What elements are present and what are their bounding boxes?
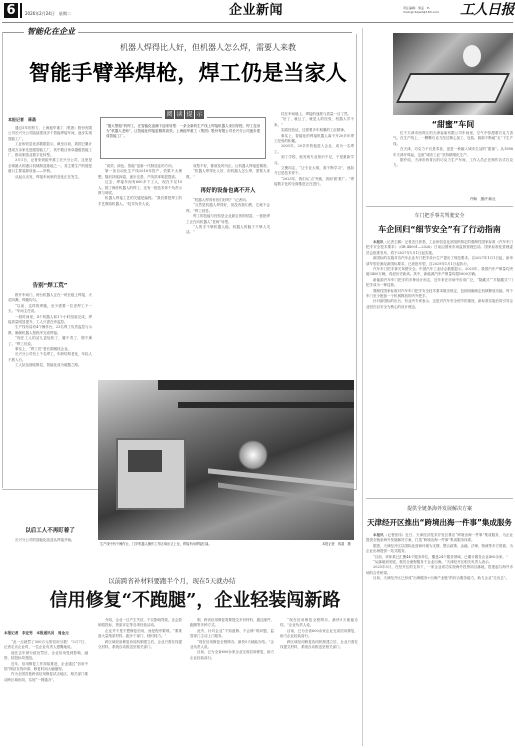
paragraph: 过去，焊接车间有600多个工人，现在不足10人。除了操作机器人的焊工，还有一批技… xyxy=(98,180,182,196)
paragraph: 长兴分公司有上千名焊工，年龄结构老化，年轻人不愿入行。 xyxy=(8,352,92,363)
paragraph: 第一条自动化生产线2018年投产，效果不太理想。随后持续探索，逐步完善，产线效率… xyxy=(98,169,182,180)
lead-subhead-1: 告别“焊工荒” xyxy=(8,283,92,290)
door-handle-text: 本报讯（记者王鹏）记者近日获悉，工业和信息化部组织制定的强制性国家标准《汽车车门… xyxy=(366,240,513,476)
reading-tip-char: 提 xyxy=(185,110,194,119)
paragraph: 目前，已为全省600余家企业完成信用修复，助力企业轻装前行。 xyxy=(190,650,274,661)
reading-tip-char: 读 xyxy=(175,110,184,119)
paragraph: “现在信用修复全程网办，最快5天就能办结。”企业负责人说。 xyxy=(190,640,274,651)
frame-right-border xyxy=(356,34,357,490)
bottom-column-1: “此一点就罚了300万元的信用分数！”2月7日，记者走访企业时，一位企业负责人感… xyxy=(4,640,88,746)
paragraph: 事实上，智能化的焊接机器人离不开20多年焊工经验的积累。 xyxy=(274,134,354,145)
paragraph: 位于天津市西青区的天津雀巢有限公司车间里，空气中弥漫着巧克力香气。在生产线上，一… xyxy=(393,131,513,147)
story-separator xyxy=(366,206,513,207)
page-number: 6 xyxy=(4,3,18,18)
masthead-divider xyxy=(2,22,513,23)
lead-headline: 智能手臂举焊枪，焊工仍是当家人 xyxy=(28,60,348,86)
sweet-workshop-title: “甜蜜”车间 xyxy=(393,120,513,130)
paragraph: 生产线布局有4个操作台，23名焊工负责监控与示教，确保机器人按程序完成焊接。 xyxy=(8,325,92,336)
lead-column-4: 挂在车间墙上，焊接的速度与质量一目了然。 “好了，就让了，就是人的经验，机器人学… xyxy=(274,112,354,374)
page-number-bar xyxy=(20,3,22,18)
paragraph: 作为全国首批跨省信用修复试点地区，相关部门推动跨区域协同，实现“一网通办”。 xyxy=(4,672,88,683)
tianjin-kicker: 提供全链条海外发展解决方案 xyxy=(366,506,513,513)
paragraph: 企业并不是不想修复信用，而是程序繁琐。“要准备大量纸质材料，跑多个部门，耗时耗力… xyxy=(98,629,182,640)
bottom-column-2: 介绍，企业一旦产生失信，不仅影响贷款，还会影响招投标、资质评定等各项经营活动。 … xyxy=(98,618,182,746)
bottom-headline: 信用修复“不跑腿”，企业轻装闯新路 xyxy=(40,590,350,612)
factory-welding-photo xyxy=(98,380,354,540)
column-tag: 智能化在企业 xyxy=(24,27,78,37)
tianjin-text: 本报讯（记者张伟）近日，天津经济技术开发区推出“跨境出海一件事”集成服务，为企业… xyxy=(366,533,513,745)
paragraph: 近年，信用修复工作持续推进，企业通过“信用中国”网站在线申请，修复时间大幅缩短。 xyxy=(4,662,88,673)
sweet-workshop-text: 位于天津市西青区的天津雀巢有限公司车间里，空气中弥漫着巧克力香气。在生产线上，一… xyxy=(393,131,513,195)
paragraph: 此外，针对企业“不知道修、不会修”的问题，监管部门主动上门服务。 xyxy=(190,629,274,640)
lead-column-3b: “机器人焊得有你们好吗？”记者问。 “当然是机器人焊得好，但没有我们教，它就不会… xyxy=(186,198,270,374)
byline: 本报讯 xyxy=(373,533,384,537)
bottom-kicker: 以前跨省补材料要跑半个月，现在5天就办结 xyxy=(108,577,236,585)
lead-byline: 本报记者 蒋菡 xyxy=(8,117,36,123)
paragraph: 跨区域信用修复协同机制建立后，企业只需在线提交材料，系统自动推送至相关部门。 xyxy=(98,640,182,651)
frame-left-border xyxy=(2,32,3,488)
paragraph: 一段时间里，4个机器人和1个小时组装完成，焊接质量明显提升，工人只需在旁监控。 xyxy=(8,315,92,326)
paragraph: 据悉，天津经开区以国际化营商环境为支撑，整合政策、金融、法律、物流等多方资源，为… xyxy=(366,544,513,555)
sweet-workshop-credit: 许畅 摄/中新社 xyxy=(470,197,496,202)
paragraph: 2025年5月，在经开区的支持下，一家企业成功实现海外投资项目落地，搭建起与海外… xyxy=(366,565,513,576)
paragraph: 目前，已为全省600余家企业完成信用修复，助力企业轻装前行。 xyxy=(280,629,358,640)
editor-credit: 责任编辑：周孟 E-mail:grrbqwd@163.com xyxy=(403,7,463,14)
paragraph: 他在去年被行政处罚后，企业信用受到影响，融资、招投标均受阻。 xyxy=(4,651,88,662)
newspaper-logo: 工人日报 xyxy=(460,2,514,18)
lead-column-3: 成型不好，都被及时纠正。让机器人焊接更精准。 “机器人焊得比人好，但机器人怎么焊… xyxy=(186,164,270,186)
paragraph: 从起点出发，焊接车间里的变化正在发生。 xyxy=(8,175,92,180)
paragraph: 工人队伍面临断层，智能化成为破题之路。 xyxy=(8,363,92,368)
paragraph: 跨区域信用修复协同机制建立后，企业只需在线提交材料，系统自动推送至相关部门。 xyxy=(280,640,358,651)
paragraph: 本报讯（记者王鹏）记者近日获悉，工业和信息化部组织制定的强制性国家标准《汽车车门… xyxy=(366,240,513,256)
paragraph: 制，跨省信用修复需要提交多份材料，通过邮件、跑腿等多种方式。 xyxy=(190,618,274,629)
paragraph: “此一点就罚了300万元的信用分数！”2月7日，记者走访企业时，一位企业负责人感… xyxy=(4,640,88,651)
paragraph: 实践经验证，还需要多年积累的工匠精神。 xyxy=(274,128,354,133)
paragraph: “现在信用修复全程网办，最快5天就能办结。”企业负责人说。 xyxy=(280,618,358,629)
paragraph: 针对新国标的出台，有业内专家表示，这是对汽车安全细节的重视，新标准实施后将引导企… xyxy=(366,299,513,310)
tianjin-headline: 天津经开区推出“跨境出海一件事”集成服务 xyxy=(366,518,513,528)
reading-tip-char: 示 xyxy=(195,110,204,119)
story-separator xyxy=(366,498,513,499)
paragraph: 工业和信息化部数据显示，截至目前，我国已累计建成万余家先进级智能工厂，其中数百家… xyxy=(8,142,92,158)
section-title: 企业新闻 xyxy=(229,3,283,19)
lead-subhead-2: 以后工人不再盯着了 xyxy=(8,528,92,535)
lead-subhead-3: 再好的设备也离不开人 xyxy=(186,188,270,195)
paragraph-text: （记者张伟）近日，天津经济技术开发区推出“跨境出海一件事”集成服务，为企业提供全… xyxy=(366,533,513,542)
bottom-column-3: 制，跨省信用修复需要提交多份材料，通过邮件、跑腿等多种方式。 此外，针对企业“不… xyxy=(190,618,274,746)
paragraph-text: （记者王鹏）记者近日获悉，工业和信息化部组织制定的强制性国家标准《汽车车门把手安… xyxy=(366,240,513,255)
door-handle-headline: 车企回归“细节安全”有了行动指南 xyxy=(366,225,513,235)
bottom-column-4: “现在信用修复全程网办，最快5天就能办结。”企业负责人说。 目前，已为全省600… xyxy=(280,618,358,746)
paragraph: “机器人焊得比人好，但机器人怎么焊，需要人来教。” xyxy=(186,169,270,180)
paragraph: 目前，天津经开区已形成“出海服务+出海产业链”的综合服务能力，助力企业“走出去”… xyxy=(366,576,513,581)
lead-column-2: “高效、绿色、智能”是新一代制造业的方向。 第一条自动化生产线2018年投产，效… xyxy=(98,164,182,374)
reading-tip-label: 阅 读 提 示 xyxy=(162,110,207,119)
paragraph: 强制性国家标准对汽车车门把手安全技术要求做出规定，包括明确规定机械释放功能、每个… xyxy=(366,289,513,300)
paragraph: 新能源汽车车门把手的多种设计形态，近年来在市场中应用广泛，“隐藏式”“半隐藏式”… xyxy=(366,278,513,289)
paragraph: 文聚同志，“让专业太难，需不断学习”，他如今已是技术骨干。 xyxy=(274,166,354,177)
lead-column-1b: 推开车间门，两台机器人正在一块长板上焊接，火花四溅，焊缝均匀。 “以前，这样的焊… xyxy=(8,293,92,519)
paragraph: 新国标的实施对各汽车企业车门把手设计生产提出了规范要求。自2027年1月1日起，… xyxy=(366,256,513,267)
lead-kicker: 机器人焊得比人好，但机器人怎么焊，需要人来教 xyxy=(120,43,296,53)
paragraph: 焊工的技能与经验是企业最宝贵的财富，一批批焊工正在向机器人“老师”转型。 xyxy=(186,214,270,225)
paragraph: “人的手不够机器人稳，机器人的脑子不够人灵活。” xyxy=(186,225,270,236)
paragraph: 2003年，20多岁的他进入企业，成为一名焊工。 xyxy=(274,144,354,155)
chocolate-workshop-photo xyxy=(393,33,513,115)
bottom-byline: 本报记者 李亚男 本报通讯员 周金元 xyxy=(4,630,88,636)
paragraph: 推开车间门，两台机器人正在一块长板上焊接，火花四溅，焊缝均匀。 xyxy=(8,293,92,304)
reading-tip-char: 阅 xyxy=(165,110,174,119)
reading-tip-text: “傻大黑粗”的焊工，在智能化浪潮下迎来转型：一条全新的生产线上焊接机器人来回穿梭… xyxy=(106,124,262,139)
byline: 本报讯 xyxy=(373,240,384,244)
photo-caption: 生产线中有个操作台，门岁机器人操作工作区域出又上至，焊接车间焊接忙碌。 xyxy=(100,542,290,547)
paragraph: 介绍，企业一旦产生失信，不仅影响贷款，还会影响招投标、资质评定等各项经营活动。 xyxy=(98,618,182,629)
lead-column-1c: 长兴分公司的智能化改造从焊接开始。 xyxy=(8,538,92,548)
paragraph: 到了学校，他发现专业知识不足，于是重新学习。 xyxy=(274,155,354,166)
paragraph: 长兴分公司的智能化改造从焊接开始。 xyxy=(8,538,92,543)
paragraph: 3月1日，记者来到振华重工长兴分公司，这里是全球最大的港口机械制造基地之一。其主… xyxy=(8,158,92,174)
photo-credit: 本报记者 蒋菡 摄 xyxy=(322,542,351,547)
paragraph: 据介绍，天津市西青区的巧克力生产车间，工作人员正在制作各式巧克力。 xyxy=(393,158,513,169)
paragraph: “现在工人的活儿更轻松了，腰不弯了，烟不熏了。”焊工们说。 xyxy=(8,336,92,347)
paragraph: 通过5年的努力，上海振华重工（集团）股份有限公司长兴分公司陆续建成多个智能焊接车… xyxy=(8,126,92,142)
right-column-divider xyxy=(362,28,363,746)
paragraph: “好了，就让了，就是人的经验，机器人学不来。” xyxy=(274,117,354,128)
door-handle-kicker: 车门把手事关驾驶安全 xyxy=(366,213,513,220)
paragraph: “当然是机器人焊得好，但没有我们教，它就不会焊。”焊工回答。 xyxy=(186,203,270,214)
paragraph: 汽车车门把手事关驾驶安全。中国汽车工业协会数据显示，2025年，我国汽车产销量均… xyxy=(366,267,513,278)
paragraph: “2025年，我们从‘点’突破，再到‘面’推广。”焊接数字化的全面推进正在进行。 xyxy=(274,177,354,188)
paragraph: 机器人焊接工艺的关键是编程。“我们要把焊工的手艺教给机器人。”技术负责人说。 xyxy=(98,196,182,207)
paragraph: 在天津，巧克力不仅是零食，更是一种融入城市生活的“甜蜜”。从1988年天津开埠起… xyxy=(393,147,513,158)
lead-column-1: 通过5年的努力，上海振华重工（集团）股份有限公司长兴分公司陆续建成多个智能焊接车… xyxy=(8,126,92,258)
paragraph: 本报讯（记者张伟）近日，天津经济技术开发区推出“跨境出海一件事”集成服务，为企业… xyxy=(366,533,513,544)
issue-date: 2026年2月24日 星期二 xyxy=(25,11,71,16)
paragraph: “以前，这样的焊缝，至少需要一位老焊工干一天。”车间主任说。 xyxy=(8,304,92,315)
